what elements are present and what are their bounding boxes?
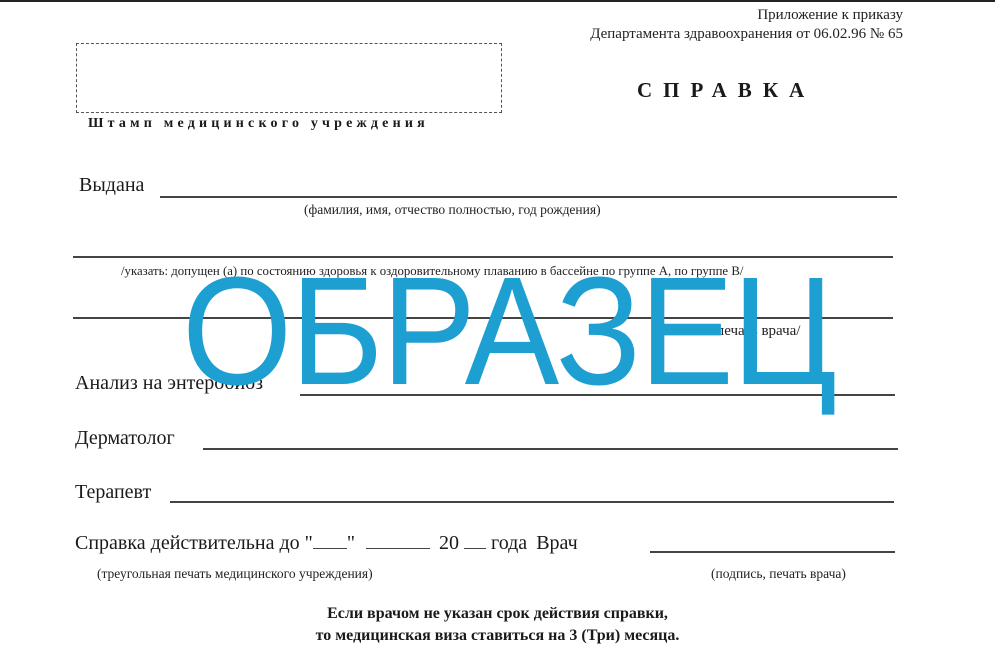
valid-until-row: Справка действительна до "" 20 года Врач [75, 530, 578, 555]
valid-until-month-field[interactable] [366, 530, 430, 549]
therapist-field[interactable] [170, 501, 894, 503]
year-prefix: 20 [439, 532, 459, 554]
issued-to-label: Выдана [79, 174, 144, 197]
enterobiasis-field[interactable] [300, 394, 895, 396]
valid-until-year-field[interactable] [464, 530, 486, 549]
document-title: СПРАВКА [637, 78, 815, 103]
valid-until-day-field[interactable] [313, 530, 347, 549]
signature-hint: (подпись, печать врача) [711, 566, 846, 582]
dermatologist-field[interactable] [203, 448, 898, 450]
stamp-label: Штамп медицинского учреждения [88, 116, 429, 132]
doctor-label: Врач [536, 532, 577, 554]
enterobiasis-label: Анализ на энтеробиоз [75, 372, 263, 395]
quote-close: " [347, 532, 355, 554]
year-word: года [491, 532, 527, 554]
doctor-signature-field[interactable] [650, 551, 895, 553]
scan-top-edge [0, 0, 995, 2]
valid-until-label: Справка действительна до [75, 532, 300, 554]
admission-hint: /указать: допущен (а) по состоянию здоро… [121, 264, 743, 279]
admission-field[interactable] [73, 256, 893, 258]
triangle-stamp-hint: (треугольная печать медицинского учрежде… [97, 566, 373, 582]
therapist-label: Терапевт [75, 481, 151, 504]
footer-note-line-2: то медицинская виза ставиться на 3 (Три)… [0, 627, 995, 645]
quote-open: " [305, 532, 313, 554]
dermatologist-label: Дерматолог [75, 427, 175, 450]
issued-to-hint: (фамилия, имя, отчество полностью, год р… [304, 202, 601, 218]
appendix-line-2: Департамента здравоохранения от 06.02.96… [590, 25, 903, 44]
footer-note-line-1: Если врачом не указан срок действия спра… [0, 605, 995, 623]
doctor-stamp-hint: /печать врача/ [712, 323, 800, 340]
doctor-stamp-field[interactable] [73, 317, 893, 319]
issued-to-field[interactable] [160, 196, 897, 198]
appendix-line-1: Приложение к приказу [757, 6, 903, 25]
stamp-area [76, 43, 502, 113]
